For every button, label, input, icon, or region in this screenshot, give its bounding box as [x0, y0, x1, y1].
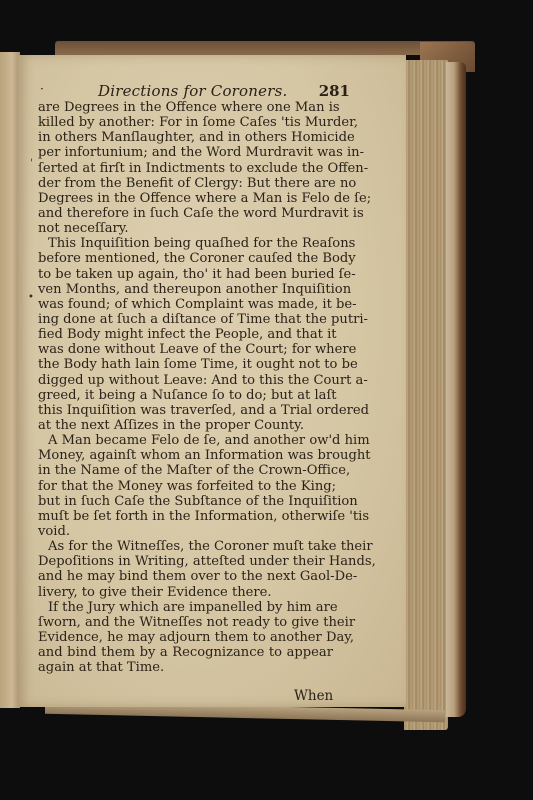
text-line: the Body hath lain ſome Time, it ought n… [38, 357, 333, 372]
text-line: again at that Time. [38, 660, 333, 675]
running-head: Directions for Coroners. [98, 82, 287, 100]
text-line: was done without Leave of the Court; for… [38, 342, 333, 357]
text-line: for that the Money was forfeited to the … [38, 479, 333, 494]
text-line: Money, againſt whom an Information was b… [38, 448, 333, 463]
page-stack-edges [404, 60, 448, 730]
page-header: · Directions for Coroners. 281 [38, 82, 350, 100]
text-line: digged up without Leave: And to this the… [38, 373, 333, 388]
text-line: and bind them by a Recognizance to appea… [38, 645, 333, 660]
page-number: 281 [319, 82, 350, 100]
text-line: was found; of which Complaint was made, … [38, 297, 333, 312]
text-line: livery, to give their Evidence there. [38, 585, 333, 600]
text-line: in others Manſlaughter, and in others Ho… [38, 130, 333, 145]
text-line: der from the Benefit of Clergy: But ther… [38, 176, 333, 191]
text-line: This Inquiſition being quaſhed for the R… [38, 236, 333, 251]
margin-mark: • [28, 292, 34, 303]
text-line: If the Jury which are impanelled by him … [38, 600, 333, 615]
text-line: muſt be ſet forth in the Information, ot… [38, 509, 333, 524]
text-line: in the Name of the Maſter of the Crown-O… [38, 463, 333, 478]
text-line: before mentioned, the Coroner cauſed the… [38, 251, 333, 266]
text-line: per infortunium; and the Word Murdravit … [38, 145, 333, 160]
text-line: ing done at ſuch a diſtance of Time that… [38, 312, 333, 327]
margin-mark: ' [30, 158, 33, 169]
text-line: greed, it being a Nuſance ſo to do; but … [38, 388, 333, 403]
text-line: ſerted at firſt in Indictments to exclud… [38, 161, 333, 176]
text-line: and therefore in ſuch Caſe the word Murd… [38, 206, 333, 221]
header-ornament-dot: · [40, 82, 44, 96]
body-text: are Degrees in the Offence where one Man… [38, 100, 333, 675]
text-line: ven Months, and thereupon another Inquiſ… [38, 282, 333, 297]
text-line: to be taken up again, tho' it had been b… [38, 267, 333, 282]
text-line: not neceſſary. [38, 221, 333, 236]
text-line: A Man became Felo de ſe, and another ow'… [38, 433, 333, 448]
text-line: at the next Aſſizes in the proper County… [38, 418, 333, 433]
text-line: this Inquiſition was traverſed, and a Tr… [38, 403, 333, 418]
text-line: As for the Witneſſes, the Coroner muſt t… [38, 539, 333, 554]
text-line: are Degrees in the Offence where one Man… [38, 100, 333, 115]
text-line: Evidence, he may adjourn them to another… [38, 630, 333, 645]
text-line: but in ſuch Caſe the Subſtance of the In… [38, 494, 333, 509]
book-top-edge [55, 41, 475, 55]
catchword: When [294, 688, 333, 704]
text-line: fied Body might infect the People, and t… [38, 327, 333, 342]
text-line: Depoſitions in Writing, atteſted under t… [38, 554, 333, 569]
text-line: killed by another: For in ſome Caſes 'ti… [38, 115, 333, 130]
text-line: ſworn, and the Witneſſes not ready to gi… [38, 615, 333, 630]
text-line: Degrees in the Offence where a Man is Fe… [38, 191, 333, 206]
facing-page-edge [0, 52, 20, 708]
cover-board-edge [446, 62, 466, 717]
text-line: void. [38, 524, 333, 539]
text-line: and he may bind them over to the next Ga… [38, 569, 333, 584]
